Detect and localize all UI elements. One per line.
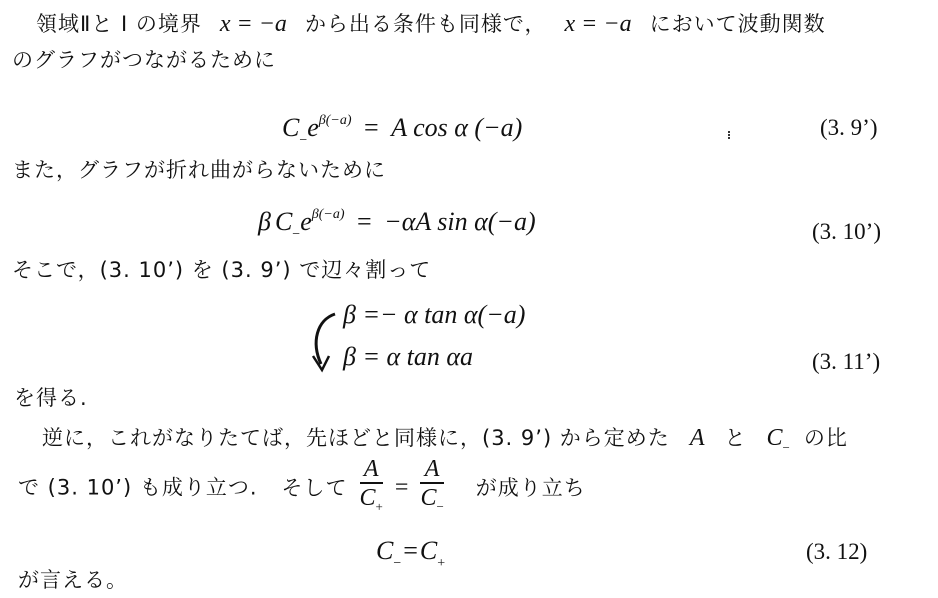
eq-subscript: + bbox=[437, 556, 445, 571]
paragraph-6: が言える。 bbox=[18, 566, 128, 594]
paragraph-2: また，グラフが折れ曲がらないために bbox=[12, 156, 386, 184]
eq-equals: = bbox=[364, 113, 379, 142]
text-segment: 領域Ⅱと Ⅰ の境界 bbox=[36, 12, 202, 36]
equation-3-9-prime: C−eβ(−a) = A cos α (−a) bbox=[282, 106, 522, 156]
math-C: C bbox=[420, 485, 436, 511]
text-segment: そして bbox=[282, 476, 348, 500]
math-subscript: − bbox=[783, 440, 790, 455]
text-segment: で (3. 10’) も成り立つ. bbox=[18, 476, 258, 500]
eq-symbol: C bbox=[275, 207, 292, 236]
math-C: C bbox=[360, 485, 376, 511]
text-segment: が成り立ち bbox=[476, 476, 586, 500]
equation-3-12: C−=C+ bbox=[376, 536, 445, 579]
math-C: C bbox=[766, 425, 782, 451]
fraction-A-over-C-minus: A C− bbox=[420, 456, 443, 521]
equation-number-3-12: (3. 12) bbox=[806, 538, 867, 566]
equation-3-10-prime: βC−eβ(−a) = −αA sin α(−a) bbox=[258, 200, 536, 250]
eq-symbol: e bbox=[300, 207, 312, 236]
curved-arrow-icon bbox=[305, 308, 345, 378]
eq-equals: = bbox=[403, 536, 418, 565]
math-subscript: + bbox=[376, 499, 383, 514]
fraction-denominator: C− bbox=[420, 484, 443, 521]
eq-symbol: C bbox=[420, 536, 437, 565]
math-x-equals-minus-a: x = −a bbox=[220, 11, 287, 37]
fraction-numerator: A bbox=[360, 456, 383, 484]
eq-symbol: e bbox=[307, 113, 319, 142]
math-C-minus: C− bbox=[766, 425, 789, 451]
equation-number-3-10-prime: (3. 10’) bbox=[812, 218, 881, 246]
text-segment: から出る条件も同様で， bbox=[305, 12, 547, 36]
text-segment: と bbox=[724, 426, 746, 450]
equation-3-11-prime-line-1: β =− α tan α(−a) bbox=[343, 300, 525, 330]
text-segment: の比 bbox=[804, 426, 848, 450]
math-subscript: − bbox=[436, 499, 443, 514]
eq-equals: = bbox=[357, 207, 372, 236]
eq-symbol: C bbox=[376, 536, 393, 565]
text-segment: 逆に，これがなりたてば，先ほどと同様に，(3. 9’) から定めた bbox=[42, 426, 670, 450]
eq-rhs: −αA sin α(−a) bbox=[384, 207, 535, 236]
fraction-denominator: C+ bbox=[360, 484, 383, 521]
equation-number-3-11-prime: (3. 11’) bbox=[812, 348, 880, 376]
eq-symbol: C bbox=[282, 113, 299, 142]
paragraph-1-line-2: のグラフがつながるために bbox=[12, 46, 276, 74]
equation-number-3-9-prime: (3. 9’) bbox=[820, 114, 877, 142]
paragraph-5-line-2: で (3. 10’) も成り立つ. そして A C+ = A C− が成り立ち bbox=[18, 456, 586, 521]
fraction-numerator: A bbox=[420, 456, 443, 484]
text-segment: において波動関数 bbox=[650, 12, 826, 36]
paragraph-1-line-1: 領域Ⅱと Ⅰ の境界 x = −a から出る条件も同様で， x = −a におい… bbox=[36, 10, 826, 39]
eq-exponent: β(−a) bbox=[312, 207, 345, 222]
equation-3-11-prime-line-2: β = α tan αa bbox=[343, 342, 473, 372]
eq-subscript: − bbox=[393, 556, 401, 571]
paragraph-3: そこで，(3. 10’) を (3. 9’) で辺々割って bbox=[12, 256, 431, 284]
eq-equals: = bbox=[395, 475, 409, 501]
math-A: A bbox=[690, 425, 705, 451]
fraction-A-over-C-plus: A C+ bbox=[360, 456, 383, 521]
eq-symbol: β bbox=[258, 207, 271, 236]
stray-mark bbox=[728, 131, 732, 139]
paragraph-4: を得る. bbox=[14, 384, 88, 412]
eq-rhs: A cos α (−a) bbox=[391, 113, 522, 142]
eq-exponent: β(−a) bbox=[319, 113, 352, 128]
math-x-equals-minus-a: x = −a bbox=[565, 11, 632, 37]
